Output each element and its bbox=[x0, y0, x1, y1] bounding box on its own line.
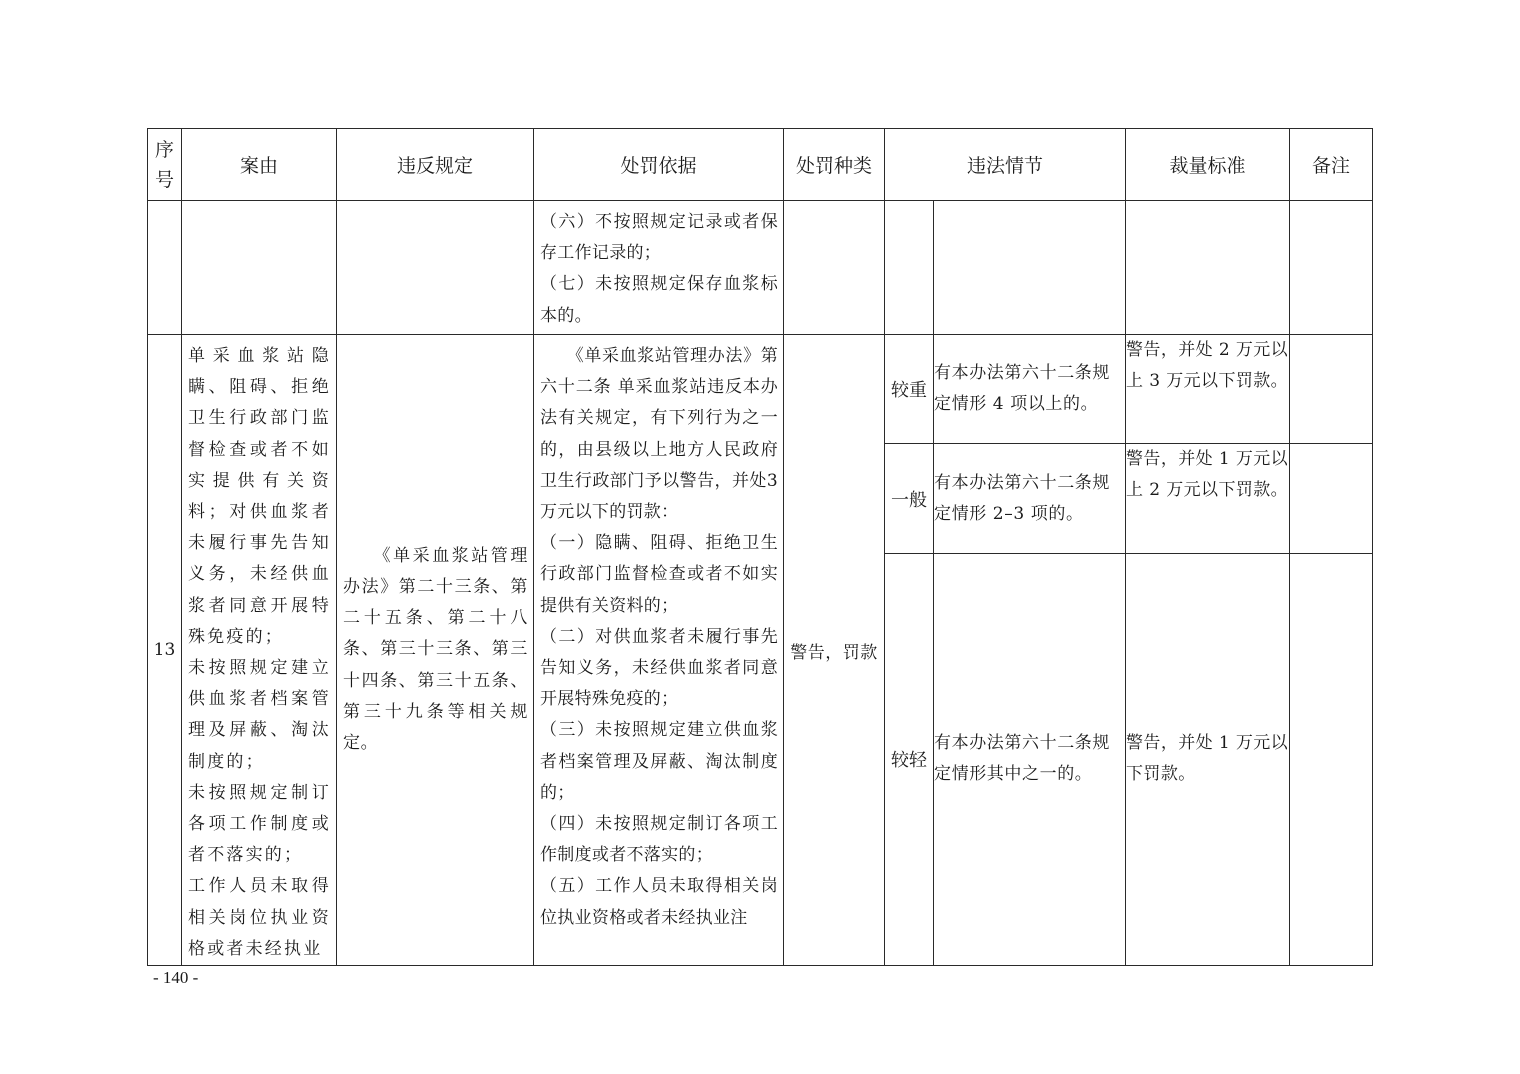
cell-seq-13: 13 bbox=[148, 335, 182, 966]
cell-basis-13: 《单采血浆站管理办法》第六十二条 单采血浆站违反本办法有关规定，有下列行为之一的… bbox=[534, 335, 784, 966]
header-seq: 序 号 bbox=[148, 129, 182, 201]
header-remarks: 备注 bbox=[1290, 129, 1373, 201]
cell-circumstance bbox=[934, 201, 1126, 335]
header-circumstances: 违法情节 bbox=[885, 129, 1126, 201]
basis-text: 《单采血浆站管理办法》第六十二条 单采血浆站违反本办法有关规定，有下列行为之一的… bbox=[534, 335, 783, 934]
cell-circumstance-general: 有本办法第六十二条规定情形 2–3 项的。 bbox=[934, 444, 1126, 553]
header-basis: 处罚依据 bbox=[534, 129, 784, 201]
cell-remarks-heavy bbox=[1290, 335, 1373, 444]
cell-level-general: 一般 bbox=[885, 444, 934, 553]
header-case: 案由 bbox=[182, 129, 337, 201]
cell-level-light: 较轻 bbox=[885, 553, 934, 965]
table-row-13-tier-1: 13 单采血浆站隐瞒、阻碍、拒绝卫生行政部门监督检查或者不如实提供有关资料；对供… bbox=[148, 335, 1373, 444]
case-text: 单采血浆站隐瞒、阻碍、拒绝卫生行政部门监督检查或者不如实提供有关资料；对供血浆者… bbox=[182, 335, 336, 965]
cell-seq bbox=[148, 201, 182, 335]
cell-level bbox=[885, 201, 934, 335]
cell-basis: （六）不按照规定记录或者保存工作记录的； （七）未按照规定保存血浆标本的。 bbox=[534, 201, 784, 335]
cell-penalty-type-13: 警告，罚款 bbox=[784, 335, 885, 966]
cell-circumstance-heavy: 有本办法第六十二条规定情形 4 项以上的。 bbox=[934, 335, 1126, 444]
cell-standard-light: 警告，并处 1 万元以下罚款。 bbox=[1126, 553, 1290, 965]
penalty-discretion-table: 序 号 案由 违反规定 处罚依据 处罚种类 违法情节 裁量标准 备注 （六）不按… bbox=[147, 128, 1373, 966]
cell-standard-general: 警告，并处 1 万元以上 2 万元以下罚款。 bbox=[1126, 444, 1290, 553]
cell-penalty-type bbox=[784, 201, 885, 335]
cell-level-heavy: 较重 bbox=[885, 335, 934, 444]
cell-standard-heavy: 警告，并处 2 万元以上 3 万元以下罚款。 bbox=[1126, 335, 1290, 444]
cell-case bbox=[182, 201, 337, 335]
table-row-continuation: （六）不按照规定记录或者保存工作记录的； （七）未按照规定保存血浆标本的。 bbox=[148, 201, 1373, 335]
header-penalty-type: 处罚种类 bbox=[784, 129, 885, 201]
cell-circumstance-light: 有本办法第六十二条规定情形其中之一的。 bbox=[934, 553, 1126, 965]
cell-remarks-general bbox=[1290, 444, 1373, 553]
cell-violation bbox=[337, 201, 534, 335]
page-number: - 140 - bbox=[153, 968, 198, 988]
header-standard: 裁量标准 bbox=[1126, 129, 1290, 201]
cell-remarks-light bbox=[1290, 553, 1373, 965]
cell-remarks bbox=[1290, 201, 1373, 335]
cell-case-13: 单采血浆站隐瞒、阻碍、拒绝卫生行政部门监督检查或者不如实提供有关资料；对供血浆者… bbox=[182, 335, 337, 966]
basis-text: （六）不按照规定记录或者保存工作记录的； （七）未按照规定保存血浆标本的。 bbox=[534, 201, 783, 332]
header-violation: 违反规定 bbox=[337, 129, 534, 201]
violation-text: 《单采血浆站管理办法》第二十三条、第二十五条、第二十八条、第三十三条、第三十四条… bbox=[337, 541, 533, 759]
header-row: 序 号 案由 违反规定 处罚依据 处罚种类 违法情节 裁量标准 备注 bbox=[148, 129, 1373, 201]
cell-standard bbox=[1126, 201, 1290, 335]
cell-violation-13: 《单采血浆站管理办法》第二十三条、第二十五条、第二十八条、第三十三条、第三十四条… bbox=[337, 335, 534, 966]
